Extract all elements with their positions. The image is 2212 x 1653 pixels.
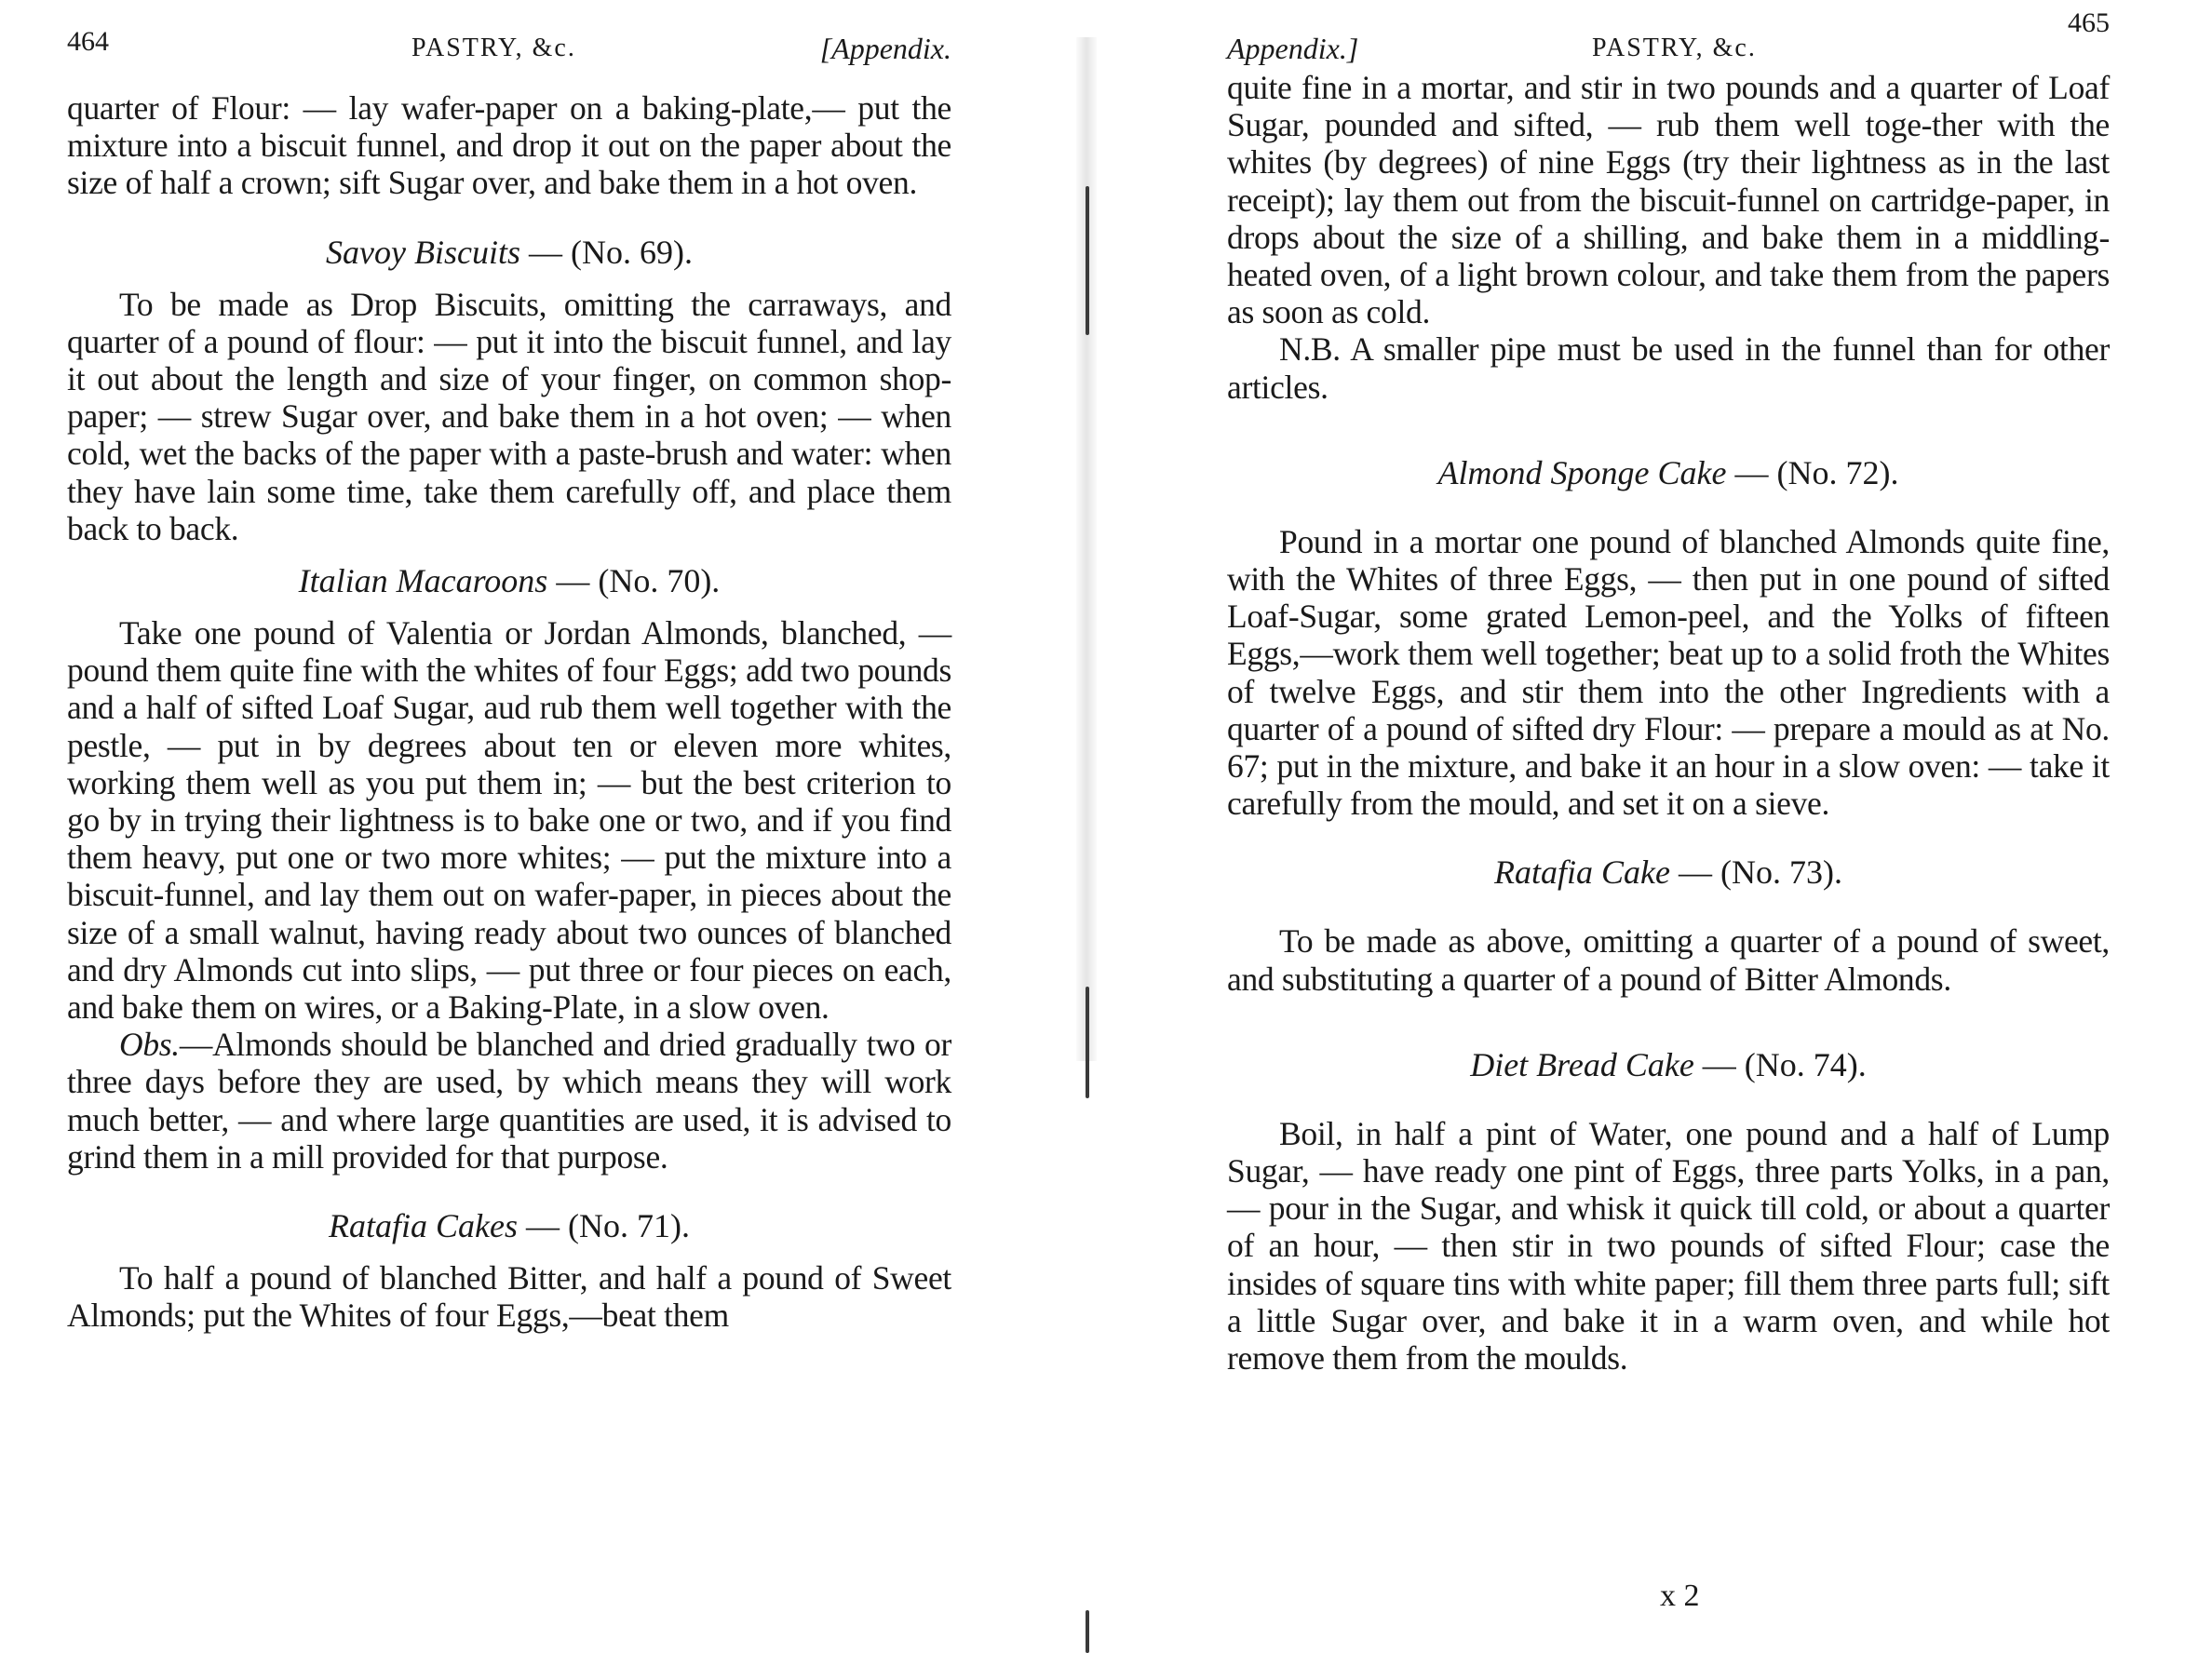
recipe-title: Italian Macaroons [299,562,548,599]
paragraph: quite fine in a mortar, and stir in two … [1227,69,2110,330]
recipe-title: Ratafia Cakes [329,1207,518,1244]
running-title: PASTRY, &c. [411,34,576,63]
running-head: Appendix.] PASTRY, &c. 465 [1227,26,2110,73]
recipe-heading: Ratafia Cakes — (No. 71). [67,1207,951,1244]
section-label: Appendix.] [1227,32,1358,66]
page-number: 465 [2068,7,2110,39]
gutter-crease [1086,1610,1089,1653]
page-body: quarter of Flour: — lay wafer-paper on a… [67,89,951,1334]
gutter-crease [1086,186,1089,335]
paragraph: To be made as above, omitting a quarter … [1227,922,2110,997]
recipe-heading: Savoy Biscuits — (No. 69). [67,234,951,271]
recipe-title: Ratafia Cake [1494,853,1670,891]
observation: Obs.—Almonds should be blanched and drie… [67,1026,951,1176]
paragraph: To half a pound of blanched Bitter, and … [67,1259,951,1334]
recipe-number: — (No. 71). [526,1207,690,1244]
running-head: 464 PASTRY, &c. [Appendix. [67,26,951,73]
paragraph: Boil, in half a pint of Water, one pound… [1227,1115,2110,1377]
recipe-number: — (No. 73). [1679,853,1842,891]
recipe-heading: Almond Sponge Cake — (No. 72). [1227,454,2110,491]
book-gutter [1072,0,1104,1653]
recipe-heading: Ratafia Cake — (No. 73). [1227,853,2110,891]
recipe-number: — (No. 72). [1734,454,1898,491]
recipe-heading: Italian Macaroons — (No. 70). [67,562,951,599]
section-label: [Appendix. [820,32,951,66]
page-body: quite fine in a mortar, and stir in two … [1227,69,2110,1377]
right-page: Appendix.] PASTRY, &c. 465 quite fine in… [1227,0,2110,1653]
obs-label: Obs. [119,1026,180,1063]
obs-text: —Almonds should be blanched and dried gr… [67,1026,951,1176]
running-title: PASTRY, &c. [1592,34,1757,63]
page-number: 464 [67,26,109,58]
recipe-number: — (No. 74). [1703,1046,1867,1083]
note: N.B. A smaller pipe must be used in the … [1227,330,2110,405]
recipe-heading: Diet Bread Cake — (No. 74). [1227,1046,2110,1083]
paragraph: To be made as Drop Biscuits, omitting th… [67,286,951,547]
recipe-title: Diet Bread Cake [1470,1046,1694,1083]
gutter-crease [1086,987,1089,1098]
recipe-number: — (No. 69). [529,234,693,271]
left-page: 464 PASTRY, &c. [Appendix. quarter of Fl… [67,0,951,1653]
signature-mark: x 2 [1660,1579,1700,1614]
recipe-title: Almond Sponge Cake [1438,454,1727,491]
recipe-title: Savoy Biscuits [326,234,520,271]
paragraph: quarter of Flour: — lay wafer-paper on a… [67,89,951,202]
recipe-number: — (No. 70). [556,562,720,599]
paragraph: Pound in a mortar one pound of blanched … [1227,523,2110,823]
paragraph: Take one pound of Valentia or Jordan Alm… [67,614,951,1026]
